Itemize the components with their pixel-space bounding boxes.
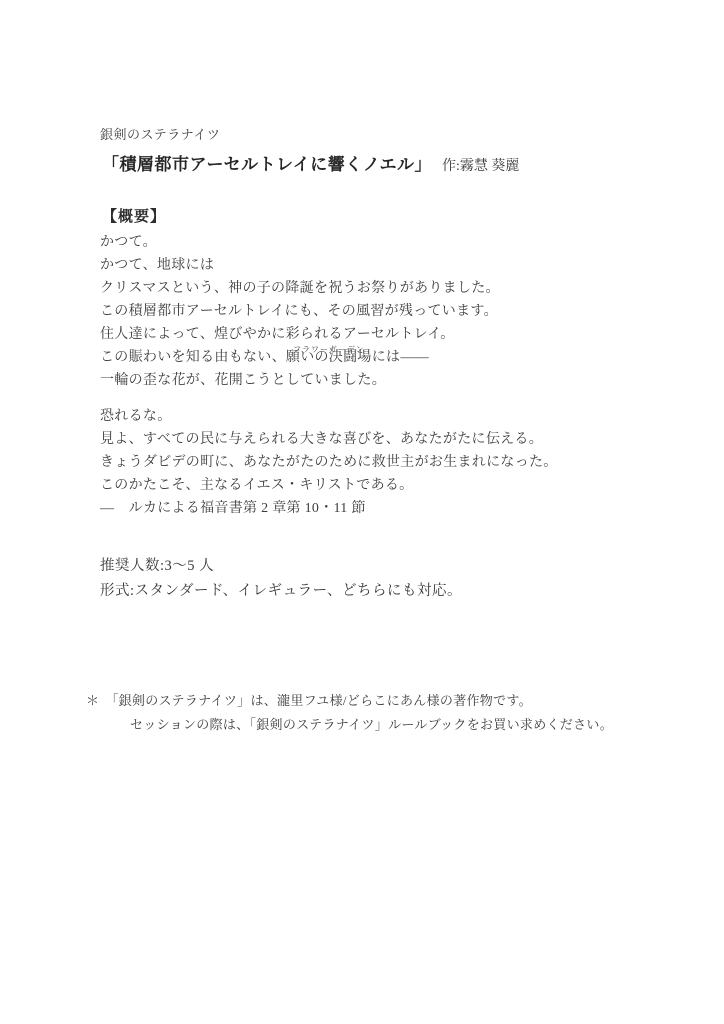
ruby-text-flower-garden: フラワーガーデン [293,338,365,361]
overview-body: かつて。 かつて、地球には クリスマスという、神の子の降誕を祝うお祭りがありまし… [100,231,660,392]
copyright-line: ＊「銀剣のステラナイツ」は、瀧里フユ様/どらこにあん様の著作物です。 [86,689,686,713]
rulebook-notice: セッションの際は、「銀剣のステラナイツ」ルールブックをお買い求めください。 [86,713,686,737]
overview-heading: 【概要】 [102,205,166,226]
overview-line: この積層都市アーセルトレイにも、その風習が残っています。 [100,300,660,323]
session-details: 推奨人数:3〜5 人 形式:スタンダード、イレギュラー、どちらにも対応。 [100,554,660,604]
scripture-quote: 恐れるな。 見よ、すべての民に与えられる大きな喜びを、あなたがたに伝える。 きょ… [100,405,660,520]
ruby-line-suffix: には―― [372,350,429,365]
author-credit: 作:霧慧 葵麗 [442,159,519,174]
overview-line: クリスマスという、神の子の降誕を祝うお祭りがありました。 [100,277,660,300]
quote-source: ― ルカによる福音書第 2 章第 10・11 節 [100,497,660,520]
overview-line: 住人達によって、煌びやかに彩られるアーセルトレイ。 [100,323,660,346]
series-label: 銀剣のステラナイツ [100,124,220,143]
overview-line: かつて。 [100,231,660,254]
quote-line: 恐れるな。 [100,405,660,428]
document-page: 銀剣のステラナイツ 「積層都市アーセルトレイに響くノエル」 作:霧慧 葵麗 【概… [0,0,724,1024]
ruby-annotation: フラワーガーデン願いの決闘場 [286,346,372,369]
copyright-text: 「銀剣のステラナイツ」は、瀧里フユ様/どらこにあん様の著作物です。 [105,693,532,708]
session-format: 形式:スタンダード、イレギュラー、どちらにも対応。 [100,579,660,604]
title-line: 「積層都市アーセルトレイに響くノエル」 作:霧慧 葵麗 [102,150,519,175]
overview-line: 一輪の歪な花が、花開こうとしていました。 [100,369,660,392]
copyright-footer: ＊「銀剣のステラナイツ」は、瀧里フユ様/どらこにあん様の著作物です。 セッション… [86,689,686,737]
ruby-line-prefix: この賑わいを知る由もない、 [100,350,286,365]
quote-line: きょうダビデの町に、あなたがたのために救世主がお生まれになった。 [100,451,660,474]
quote-line: 見よ、すべての民に与えられる大きな喜びを、あなたがたに伝える。 [100,428,660,451]
scenario-title: 「積層都市アーセルトレイに響くノエル」 [102,155,432,174]
overview-ruby-line: この賑わいを知る由もない、フラワーガーデン願いの決闘場には―― [100,346,660,369]
recommended-players: 推奨人数:3〜5 人 [100,554,660,579]
asterisk-mark: ＊ [86,693,99,708]
quote-line: このかたこそ、主なるイエス・キリストである。 [100,474,660,497]
overview-line: かつて、地球には [100,254,660,277]
